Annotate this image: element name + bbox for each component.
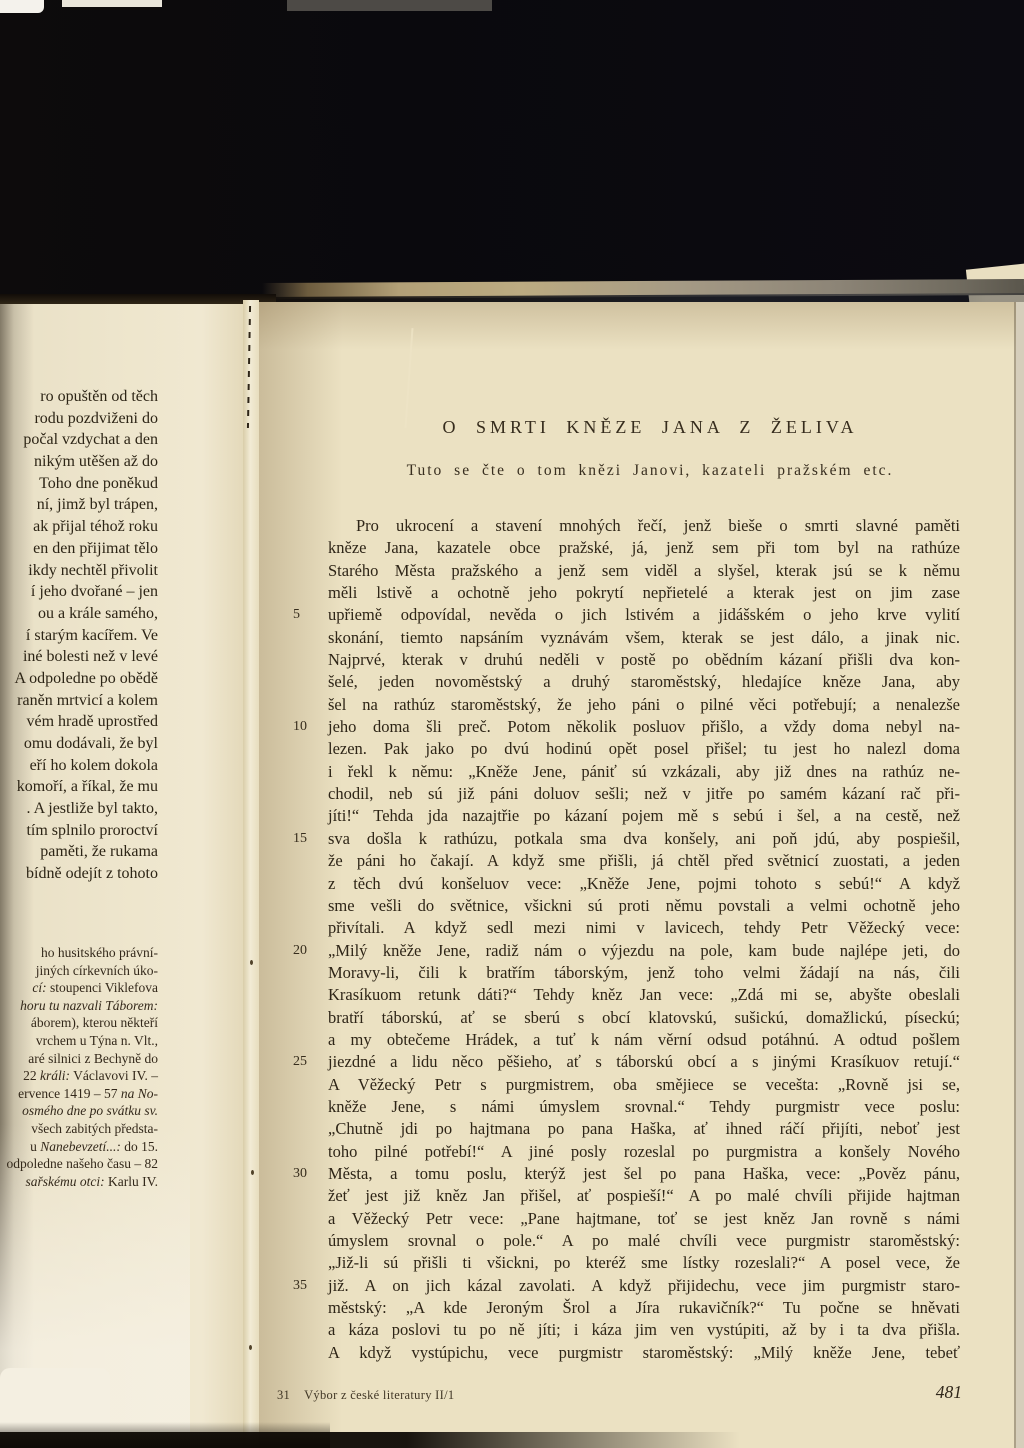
line-number: [288, 1141, 328, 1163]
line-number: 25: [288, 1051, 328, 1073]
binding-speck: [251, 1170, 254, 1175]
line-number: 35: [288, 1275, 328, 1297]
binding-speck: [249, 1345, 252, 1350]
facing-page-line-content: rodu pozdviženi do: [34, 408, 158, 430]
line-number: 30: [288, 1163, 328, 1185]
note-segment: stoupenci Viklefova: [47, 980, 158, 995]
line-number: [288, 761, 328, 783]
facing-page-note-content: ho husitského právní-: [41, 944, 158, 962]
line-number: [288, 783, 328, 805]
facing-page-note-line: 22 králi: Václavovi IV. –: [0, 1067, 158, 1085]
text-line-content: skonání, tiemto napsáním vyznávám všem, …: [328, 627, 960, 649]
facing-page-note-line: cí: stoupenci Viklefova: [0, 979, 158, 997]
page-title: O SMRTI KNĚZE JANA Z ŽELIVA: [320, 417, 980, 438]
text-line-content: a my obtečeme Hrádek, a tuť k nám věrní …: [328, 1029, 960, 1051]
note-segment: horu tu nazvali Táborem:: [20, 998, 158, 1013]
text-line-content: a káza poslovi tu po ně jíti; i káza jim…: [328, 1319, 960, 1341]
text-line: šel na rathúz staroměstský, že jeho páni…: [288, 694, 960, 716]
text-line-content: upřiemě odpovídal, nevěda o jich lstivém…: [328, 604, 960, 626]
facing-page-line-content: ak přijal téhož roku: [33, 516, 158, 538]
facing-page-line-content: raněn mrtvicí a kolem: [17, 690, 158, 712]
facing-page-note-content: horu tu nazvali Táborem:: [20, 997, 158, 1015]
text-line-content: kněže Jene, s námi úmyslem srovnal.“ Teh…: [328, 1096, 960, 1118]
text-line: 5upřiemě odpovídal, nevěda o jich lstivé…: [288, 604, 960, 626]
facing-page-note-line: vrchem u Týna n. Vlt.,: [0, 1032, 158, 1050]
line-number: [288, 895, 328, 917]
line-number: 15: [288, 828, 328, 850]
line-number: [288, 1252, 328, 1274]
backdrop-white-corner: [0, 0, 44, 13]
note-segment: Václavovi IV. –: [70, 1068, 158, 1083]
text-line-content: A když vystúpichu, vece purgmistr starom…: [328, 1342, 960, 1364]
text-line-content: žeť jest již kněz Jan přišel, ať pospieš…: [328, 1185, 960, 1207]
text-line-content: městský: „A kde Jeroným Šrol a Jíra ruka…: [328, 1297, 960, 1319]
facing-page-column: ro opuštěn od těchrodu pozdviženi dopoča…: [0, 386, 158, 885]
facing-page-note-content: aré silnici z Bechyně do: [28, 1050, 158, 1068]
facing-page-note-line: jiných církevních úko-: [0, 962, 158, 980]
facing-page-note-line: aré silnici z Bechyně do: [0, 1050, 158, 1068]
text-line-content: šel na rathúz staroměstský, že jeho páni…: [328, 694, 960, 716]
page-subtitle: Tuto se čte o tom knězi Janovi, kazateli…: [320, 462, 980, 480]
note-segment: na No-: [121, 1086, 158, 1101]
text-line-content: Moravy-li, čili k bratřím táborským, jen…: [328, 962, 960, 984]
text-line-content: již. A on jich kázal zavolati. A když př…: [328, 1275, 960, 1297]
text-line: 25jiezdné a lidu něco pěšieho, ať s tábo…: [288, 1051, 960, 1073]
facing-page-line-content: ro opuštěn od těch: [40, 386, 158, 408]
facing-page-line: ro opuštěn od těch: [0, 386, 158, 408]
text-line: a my obtečeme Hrádek, a tuť k nám věrní …: [288, 1029, 960, 1051]
facing-page-line: raněn mrtvicí a kolem: [0, 690, 158, 712]
text-line: jíti!“ Tehda jda nazajtřie po kázaní poj…: [288, 805, 960, 827]
facing-page-note-content: jiných církevních úko-: [36, 962, 158, 980]
text-line-content: Pro ukrocení a stavení mnohých řečí, jen…: [328, 515, 960, 537]
backdrop-grey-strip: [287, 0, 492, 11]
text-line-content: z těch dvú konšeluov vece: „Kněže Jene, …: [328, 873, 960, 895]
text-line: A když vystúpichu, vece purgmistr starom…: [288, 1342, 960, 1364]
text-line: žeť jest již kněz Jan přišel, ať pospieš…: [288, 1185, 960, 1207]
note-segment: sařskému otci:: [26, 1174, 105, 1189]
line-number: 10: [288, 716, 328, 738]
line-number: [288, 515, 328, 537]
facing-page-line-content: nikým utěšen až do: [34, 451, 158, 473]
facing-page-line-content: ikdy nechtěl přivolit: [28, 560, 158, 582]
signature-number: 31: [277, 1388, 290, 1402]
facing-page-note-line: ervence 1419 – 57 na No-: [0, 1085, 158, 1103]
line-number: [288, 1007, 328, 1029]
facing-page-note-content: u Nanebevzetí...: do 15.: [30, 1138, 158, 1156]
note-segment: ervence 1419 – 57: [18, 1086, 121, 1101]
line-number: [288, 850, 328, 872]
text-line-content: a Věžecký Petr vece: „Pane hajtmane, toť…: [328, 1208, 960, 1230]
text-line-content: jiezdné a lidu něco pěšieho, ať s tábors…: [328, 1051, 960, 1073]
facing-page-line-content: ní, jimž byl trápen,: [37, 494, 158, 516]
facing-page-note-content: ervence 1419 – 57 na No-: [18, 1085, 158, 1103]
note-segment: králi:: [40, 1068, 70, 1083]
line-number: [288, 1297, 328, 1319]
line-number: [288, 738, 328, 760]
facing-page-note-line: áborem), kterou někteří: [0, 1014, 158, 1032]
facing-page-note-content: 22 králi: Václavovi IV. –: [23, 1067, 158, 1085]
line-number: [288, 671, 328, 693]
note-segment: ho husitského právní-: [41, 945, 158, 960]
text-line-content: A Věžecký Petr s purgmistrem, oba smějie…: [328, 1074, 960, 1096]
facing-page-note-line: osmého dne po svátku sv.: [0, 1102, 158, 1120]
facing-page-line-content: vém hradě uprostřed: [26, 711, 158, 733]
note-segment: jiných církevních úko-: [36, 963, 158, 978]
text-line: sme vešli do světnice, všickni sú proti …: [288, 895, 960, 917]
binding-speck: [250, 960, 253, 965]
line-number: [288, 627, 328, 649]
text-line: Krasíkuom retunk dáti?“ Tehdy kněz Jan v…: [288, 984, 960, 1006]
binding-fold: [243, 300, 259, 1448]
page-number: 481: [936, 1382, 962, 1403]
main-page-right-edge: [1016, 302, 1024, 1448]
line-number: [288, 1118, 328, 1140]
text-line-content: kněze Jana, kazatele obce pražské, já, j…: [328, 537, 960, 559]
facing-page-note-line: odpoledne našeho času – 82: [0, 1155, 158, 1173]
text-line: 35již. A on jich kázal zavolati. A když …: [288, 1275, 960, 1297]
text-line-content: přivítali. A když sedl mezi nimi v lavic…: [328, 917, 960, 939]
facing-page-line: Toho dne poněkud: [0, 473, 158, 495]
text-line: Pro ukrocení a stavení mnohých řečí, jen…: [288, 515, 960, 537]
note-segment: cí:: [32, 980, 46, 995]
facing-page-line: ní, jimž byl trápen,: [0, 494, 158, 516]
note-segment: u: [30, 1139, 40, 1154]
facing-page-note-content: vrchem u Týna n. Vlt.,: [36, 1032, 158, 1050]
facing-page-line: komoří, a říkal, že mu: [0, 776, 158, 798]
facing-page-line-content: í jeho dvořané – jen: [31, 581, 158, 603]
text-line-content: „Milý kněže Jene, radiž nám o výjezdu na…: [328, 940, 960, 962]
text-line-content: Najprvé, kterak v druhú neděli v postě p…: [328, 649, 960, 671]
facing-page-line: en den přijimat tělo: [0, 538, 158, 560]
facing-page-line: eří ho kolem dokola: [0, 755, 158, 777]
line-number: 20: [288, 940, 328, 962]
line-number: [288, 1096, 328, 1118]
line-number: [288, 1342, 328, 1364]
note-segment: Karlu IV.: [105, 1174, 158, 1189]
note-segment: áborem), kterou někteří: [31, 1015, 158, 1030]
facing-page-line: iné bolesti než v levé: [0, 646, 158, 668]
text-line: kněže Jene, s námi úmyslem srovnal.“ Teh…: [288, 1096, 960, 1118]
line-number: [288, 873, 328, 895]
facing-page-line-content: tím splnilo proroctví: [26, 820, 158, 842]
facing-page-line-content: en den přijimat tělo: [33, 538, 158, 560]
page-footer: 31Výbor z české literatury II/1 481: [277, 1386, 968, 1410]
text-line: a káza poslovi tu po ně jíti; i káza jim…: [288, 1319, 960, 1341]
facing-page-line-content: ou a krále samého,: [38, 603, 158, 625]
facing-page-note-line: horu tu nazvali Táborem:: [0, 997, 158, 1015]
facing-page-note-line: všech zabitých předsta-: [0, 1120, 158, 1138]
black-backdrop: [0, 0, 1024, 302]
text-line: a Věžecký Petr vece: „Pane hajtmane, toť…: [288, 1208, 960, 1230]
note-segment: Nanebevzetí...:: [40, 1139, 121, 1154]
facing-page-line-content: iné bolesti než v levé: [23, 646, 158, 668]
line-number: [288, 537, 328, 559]
line-number: [288, 805, 328, 827]
text-line-content: Starého Města pražského a jenž sem viděl…: [328, 560, 960, 582]
text-line-content: toho pilné potřebí!“ A jiné posly rozesl…: [328, 1141, 960, 1163]
text-line: skonání, tiemto napsáním vyznávám všem, …: [288, 627, 960, 649]
facing-page-line-content: A odpoledne po obědě: [14, 668, 158, 690]
facing-page-line-content: . A jestliže byl takto,: [26, 798, 158, 820]
note-segment: do 15.: [121, 1139, 158, 1154]
facing-page-line: ikdy nechtěl přivolit: [0, 560, 158, 582]
line-number: [288, 560, 328, 582]
facing-page-line: rodu pozdviženi do: [0, 408, 158, 430]
facing-page-line-content: omu dodávali, že byl: [24, 733, 158, 755]
facing-page-line: bídně odejít z tohoto: [0, 863, 158, 885]
facing-page-note-line: ho husitského právní-: [0, 944, 158, 962]
facing-page-note-content: áborem), kterou někteří: [31, 1014, 158, 1032]
text-line: měli lstivě a ochotně jeho pokrytí nepři…: [288, 582, 960, 604]
note-segment: vrchem u Týna n. Vlt.,: [36, 1033, 158, 1048]
text-line: „Chutně jdi po hajtmana po pana Haška, a…: [288, 1118, 960, 1140]
text-line-content: sva došla k rathúzu, potkala sma dva kon…: [328, 828, 960, 850]
facing-page-line-content: bídně odejít z tohoto: [26, 863, 158, 885]
binding-stitches: [247, 306, 251, 428]
facing-page-line: počal vzdychat a den: [0, 429, 158, 451]
text-line-content: i řekl k němu: „Kněže Jene, pániť sú vzk…: [328, 761, 960, 783]
text-line: 30Města, a tomu poslu, kterýž jest šel p…: [288, 1163, 960, 1185]
text-line: 20„Milý kněže Jene, radiž nám o výjezdu …: [288, 940, 960, 962]
text-line-content: šelé, jeden novoměstský a druhý staroměs…: [328, 671, 960, 693]
line-number: [288, 1029, 328, 1051]
facing-page-line-content: počal vzdychat a den: [23, 429, 158, 451]
note-segment: aré silnici z Bechyně do: [28, 1051, 158, 1066]
book-photo: ro opuštěn od těchrodu pozdviženi dopoča…: [0, 0, 1024, 1448]
facing-page-line: ou a krále samého,: [0, 603, 158, 625]
text-line: Najprvé, kterak v druhú neděli v postě p…: [288, 649, 960, 671]
text-line-content: Krasíkuom retunk dáti?“ Tehdy kněz Jan v…: [328, 984, 960, 1006]
text-line-content: měli lstivě a ochotně jeho pokrytí nepři…: [328, 582, 960, 604]
text-line: lezen. Pak jako po dvú hodinú opět posel…: [288, 738, 960, 760]
text-line: z těch dvú konšeluov vece: „Kněže Jene, …: [288, 873, 960, 895]
text-line: A Věžecký Petr s purgmistrem, oba smějie…: [288, 1074, 960, 1096]
line-number: [288, 1208, 328, 1230]
text-line: přivítali. A když sedl mezi nimi v lavic…: [288, 917, 960, 939]
line-number: [288, 649, 328, 671]
facing-page-line: tím splnilo proroctví: [0, 820, 158, 842]
text-line: úmyslem srovnal o pole.“ A po malé chvíl…: [288, 1230, 960, 1252]
facing-page-line: omu dodávali, že byl: [0, 733, 158, 755]
facing-page-notes: ho husitského právní-jiných církevních ú…: [0, 944, 158, 1190]
text-line: městský: „A kde Jeroným Šrol a Jíra ruka…: [288, 1297, 960, 1319]
facing-page-line: nikým utěšen až do: [0, 451, 158, 473]
text-line: chodil, neb sú již páni doluov sešli; ne…: [288, 783, 960, 805]
line-number: [288, 1074, 328, 1096]
facing-page-line-content: paměti, že rukama: [40, 841, 158, 863]
text-line-content: jeho doma šli preč. Potom několik posluo…: [328, 716, 960, 738]
text-line-content: bratří táborskú, ať se sberú s obcí klat…: [328, 1007, 960, 1029]
facing-page-line-content: Toho dne poněkud: [39, 473, 158, 495]
facing-page-note-content: sařskému otci: Karlu IV.: [26, 1173, 158, 1191]
facing-page-line: . A jestliže byl takto,: [0, 798, 158, 820]
backdrop-white-strip: [62, 0, 162, 7]
line-number: [288, 582, 328, 604]
facing-page-line-content: í starým kacířem. Ve: [26, 625, 158, 647]
note-segment: osmého dne po svátku sv.: [22, 1103, 158, 1118]
note-segment: všech zabitých předsta-: [31, 1121, 158, 1136]
facing-page-line-content: eří ho kolem dokola: [30, 755, 158, 777]
line-number: [288, 984, 328, 1006]
text-line-content: „Již-li sú přišli ti všickni, po kteréž …: [328, 1252, 960, 1274]
facing-page-note-content: cí: stoupenci Viklefova: [32, 979, 158, 997]
line-number: [288, 1230, 328, 1252]
facing-page-line: paměti, že rukama: [0, 841, 158, 863]
text-line-content: lezen. Pak jako po dvú hodinú opět posel…: [328, 738, 960, 760]
text-line: že páni ho čakají. A když sme přišli, já…: [288, 850, 960, 872]
signature-title: Výbor z české literatury II/1: [304, 1388, 454, 1402]
text-line-content: „Chutně jdi po hajtmana po pana Haška, a…: [328, 1118, 960, 1140]
text-line-content: že páni ho čakají. A když sme přišli, já…: [328, 850, 960, 872]
bottom-corner-shadow: [0, 1422, 330, 1448]
facing-page-line: í jeho dvořané – jen: [0, 581, 158, 603]
text-line: toho pilné potřebí!“ A jiné posly rozesl…: [288, 1141, 960, 1163]
facing-page-note-line: sařskému otci: Karlu IV.: [0, 1173, 158, 1191]
text-line: „Již-li sú přišli ti všickni, po kteréž …: [288, 1252, 960, 1274]
line-number: [288, 1319, 328, 1341]
facing-page-line: A odpoledne po obědě: [0, 668, 158, 690]
line-number: [288, 694, 328, 716]
line-number: [288, 962, 328, 984]
text-line: 15sva došla k rathúzu, potkala sma dva k…: [288, 828, 960, 850]
note-segment: odpoledne našeho času – 82: [7, 1156, 158, 1171]
line-number: [288, 917, 328, 939]
text-line-content: Města, a tomu poslu, kterýž jest šel po …: [328, 1163, 960, 1185]
text-line-content: úmyslem srovnal o pole.“ A po malé chvíl…: [328, 1230, 960, 1252]
text-line: bratří táborskú, ať se sberú s obcí klat…: [288, 1007, 960, 1029]
facing-page-line: í starým kacířem. Ve: [0, 625, 158, 647]
text-line-content: sme vešli do světnice, všickni sú proti …: [328, 895, 960, 917]
text-line-content: chodil, neb sú již páni doluov sešli; ne…: [328, 783, 960, 805]
facing-page-note-line: u Nanebevzetí...: do 15.: [0, 1138, 158, 1156]
line-number: 5: [288, 604, 328, 626]
text-line: 10jeho doma šli preč. Potom několik posl…: [288, 716, 960, 738]
text-line: kněze Jana, kazatele obce pražské, já, j…: [288, 537, 960, 559]
text-line: i řekl k němu: „Kněže Jene, pániť sú vzk…: [288, 761, 960, 783]
line-number: [288, 1185, 328, 1207]
facing-page-line: ak přijal téhož roku: [0, 516, 158, 538]
text-line-content: jíti!“ Tehda jda nazajtřie po kázaní poj…: [328, 805, 960, 827]
note-segment: 22: [23, 1068, 40, 1083]
facing-page-note-content: odpoledne našeho času – 82: [7, 1155, 158, 1173]
facing-page-line: vém hradě uprostřed: [0, 711, 158, 733]
text-line: Moravy-li, čili k bratřím táborským, jen…: [288, 962, 960, 984]
facing-page-note-content: osmého dne po svátku sv.: [22, 1102, 158, 1120]
text-line: šelé, jeden novoměstský a druhý staroměs…: [288, 671, 960, 693]
main-text-block: Pro ukrocení a stavení mnohých řečí, jen…: [288, 515, 960, 1364]
facing-page-note-content: všech zabitých předsta-: [31, 1120, 158, 1138]
text-line: Starého Města pražského a jenž sem viděl…: [288, 560, 960, 582]
facing-page-line-content: komoří, a říkal, že mu: [17, 776, 158, 798]
